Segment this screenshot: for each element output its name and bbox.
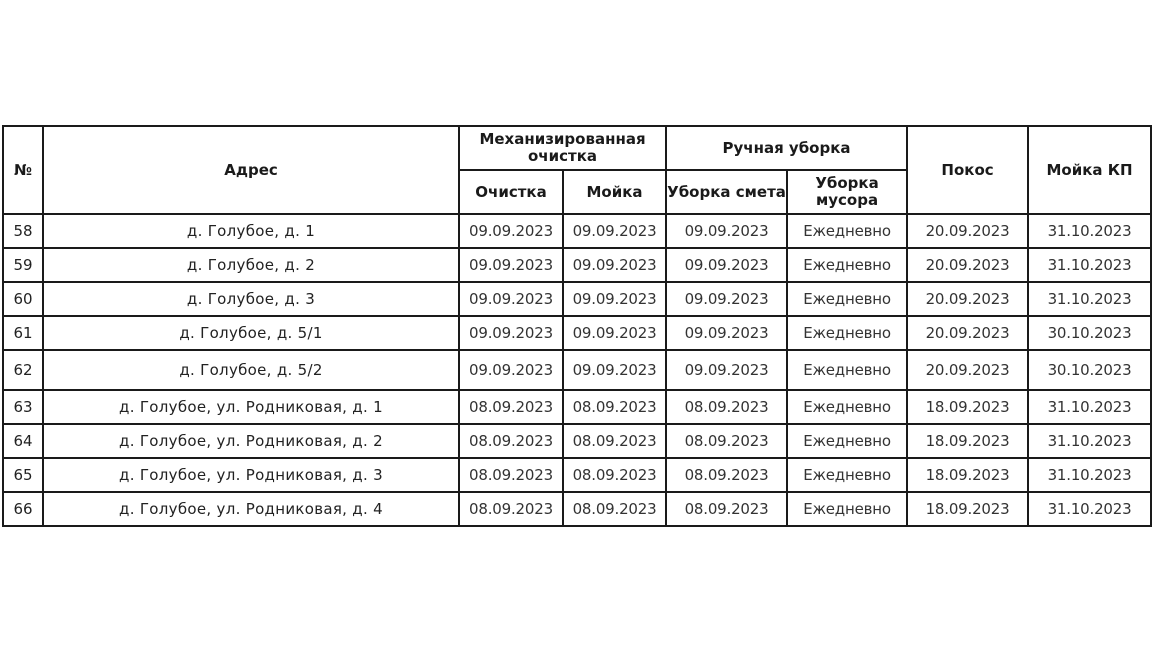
row-mechanized-washing: 08.09.2023 — [563, 424, 666, 458]
row-address: д. Голубое, д. 1 — [43, 214, 459, 248]
row-washing-kp: 31.10.2023 — [1028, 248, 1151, 282]
row-address: д. Голубое, д. 3 — [43, 282, 459, 316]
row-num: 62 — [3, 350, 43, 390]
table-row: 61д. Голубое, д. 5/109.09.202309.09.2023… — [3, 316, 1151, 350]
table-row: 64д. Голубое, ул. Родниковая, д. 208.09.… — [3, 424, 1151, 458]
row-mechanized-cleaning: 09.09.2023 — [459, 316, 563, 350]
row-manual-sweeping: 09.09.2023 — [666, 350, 787, 390]
row-washing-kp: 31.10.2023 — [1028, 458, 1151, 492]
row-manual-garbage: Ежедневно — [787, 214, 907, 248]
row-mechanized-washing: 09.09.2023 — [563, 214, 666, 248]
row-washing-kp: 31.10.2023 — [1028, 390, 1151, 424]
table-body: 58д. Голубое, д. 109.09.202309.09.202309… — [3, 214, 1151, 526]
header-manual-sweeping: Уборка смета — [666, 170, 787, 214]
row-washing-kp: 31.10.2023 — [1028, 424, 1151, 458]
row-num: 60 — [3, 282, 43, 316]
row-num: 65 — [3, 458, 43, 492]
row-num: 61 — [3, 316, 43, 350]
row-mechanized-washing: 08.09.2023 — [563, 390, 666, 424]
row-mechanized-cleaning: 09.09.2023 — [459, 350, 563, 390]
table-row: 58д. Голубое, д. 109.09.202309.09.202309… — [3, 214, 1151, 248]
row-manual-garbage: Ежедневно — [787, 350, 907, 390]
row-mechanized-cleaning: 09.09.2023 — [459, 214, 563, 248]
row-manual-sweeping: 09.09.2023 — [666, 248, 787, 282]
header-washing-kp: Мойка КП — [1028, 126, 1151, 214]
table-row: 63д. Голубое, ул. Родниковая, д. 108.09.… — [3, 390, 1151, 424]
row-address: д. Голубое, ул. Родниковая, д. 3 — [43, 458, 459, 492]
row-address: д. Голубое, ул. Родниковая, д. 1 — [43, 390, 459, 424]
row-manual-sweeping: 08.09.2023 — [666, 390, 787, 424]
row-num: 66 — [3, 492, 43, 526]
row-mechanized-washing: 08.09.2023 — [563, 458, 666, 492]
row-manual-sweeping: 09.09.2023 — [666, 282, 787, 316]
row-mowing: 20.09.2023 — [907, 316, 1028, 350]
header-num: № — [3, 126, 43, 214]
row-address: д. Голубое, ул. Родниковая, д. 2 — [43, 424, 459, 458]
row-mowing: 18.09.2023 — [907, 424, 1028, 458]
row-num: 63 — [3, 390, 43, 424]
row-manual-garbage: Ежедневно — [787, 458, 907, 492]
row-washing-kp: 31.10.2023 — [1028, 282, 1151, 316]
row-washing-kp: 31.10.2023 — [1028, 214, 1151, 248]
header-manual: Ручная уборка — [666, 126, 907, 170]
row-mowing: 18.09.2023 — [907, 390, 1028, 424]
row-num: 59 — [3, 248, 43, 282]
row-mowing: 20.09.2023 — [907, 282, 1028, 316]
row-manual-garbage: Ежедневно — [787, 492, 907, 526]
row-mechanized-cleaning: 09.09.2023 — [459, 248, 563, 282]
header-mechanized: Механизированная очистка — [459, 126, 666, 170]
row-manual-sweeping: 08.09.2023 — [666, 424, 787, 458]
table-row: 65д. Голубое, ул. Родниковая, д. 308.09.… — [3, 458, 1151, 492]
row-mechanized-washing: 09.09.2023 — [563, 248, 666, 282]
table-row: 62д. Голубое, д. 5/209.09.202309.09.2023… — [3, 350, 1151, 390]
table-row: 60д. Голубое, д. 309.09.202309.09.202309… — [3, 282, 1151, 316]
header-address: Адрес — [43, 126, 459, 214]
cleaning-schedule-table: № Адрес Механизированная очистка Ручная … — [2, 125, 1152, 527]
row-washing-kp: 31.10.2023 — [1028, 492, 1151, 526]
row-washing-kp: 30.10.2023 — [1028, 350, 1151, 390]
row-manual-garbage: Ежедневно — [787, 424, 907, 458]
row-mechanized-cleaning: 08.09.2023 — [459, 492, 563, 526]
row-mechanized-washing: 09.09.2023 — [563, 316, 666, 350]
row-address: д. Голубое, ул. Родниковая, д. 4 — [43, 492, 459, 526]
row-mowing: 18.09.2023 — [907, 458, 1028, 492]
row-mechanized-cleaning: 08.09.2023 — [459, 458, 563, 492]
row-manual-sweeping: 09.09.2023 — [666, 316, 787, 350]
header-manual-garbage: Уборка мусора — [787, 170, 907, 214]
row-mowing: 18.09.2023 — [907, 492, 1028, 526]
header-mowing: Покос — [907, 126, 1028, 214]
row-mowing: 20.09.2023 — [907, 214, 1028, 248]
row-mowing: 20.09.2023 — [907, 248, 1028, 282]
header-mechanized-washing: Мойка — [563, 170, 666, 214]
row-manual-garbage: Ежедневно — [787, 248, 907, 282]
table-row: 66д. Голубое, ул. Родниковая, д. 408.09.… — [3, 492, 1151, 526]
row-manual-garbage: Ежедневно — [787, 390, 907, 424]
row-washing-kp: 30.10.2023 — [1028, 316, 1151, 350]
row-mechanized-cleaning: 08.09.2023 — [459, 424, 563, 458]
row-mechanized-cleaning: 08.09.2023 — [459, 390, 563, 424]
header-mechanized-cleaning: Очистка — [459, 170, 563, 214]
row-manual-sweeping: 08.09.2023 — [666, 458, 787, 492]
row-mechanized-washing: 09.09.2023 — [563, 350, 666, 390]
header-row-1: № Адрес Механизированная очистка Ручная … — [3, 126, 1151, 170]
row-mowing: 20.09.2023 — [907, 350, 1028, 390]
row-manual-garbage: Ежедневно — [787, 316, 907, 350]
row-manual-garbage: Ежедневно — [787, 282, 907, 316]
row-num: 58 — [3, 214, 43, 248]
row-manual-sweeping: 08.09.2023 — [666, 492, 787, 526]
row-address: д. Голубое, д. 2 — [43, 248, 459, 282]
row-mechanized-cleaning: 09.09.2023 — [459, 282, 563, 316]
row-num: 64 — [3, 424, 43, 458]
table-row: 59д. Голубое, д. 209.09.202309.09.202309… — [3, 248, 1151, 282]
row-address: д. Голубое, д. 5/2 — [43, 350, 459, 390]
row-mechanized-washing: 09.09.2023 — [563, 282, 666, 316]
row-address: д. Голубое, д. 5/1 — [43, 316, 459, 350]
row-manual-sweeping: 09.09.2023 — [666, 214, 787, 248]
row-mechanized-washing: 08.09.2023 — [563, 492, 666, 526]
